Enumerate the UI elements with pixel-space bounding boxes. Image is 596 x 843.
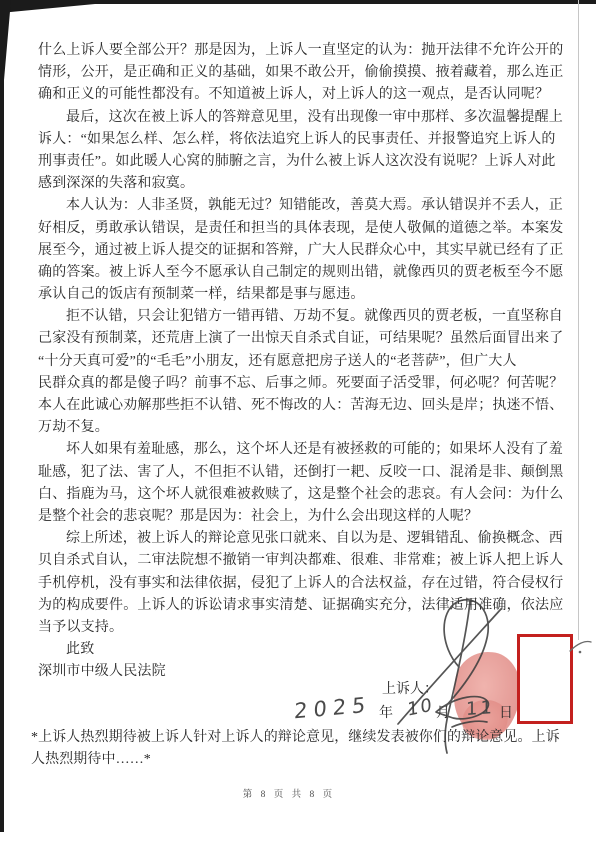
text-line: 民群众真的都是傻子吗？前事不忘、后事之师。死要面子活受罪，何必呢？何苦呢？ (38, 373, 566, 395)
scan-edge-left-wedge (4, 0, 11, 80)
text-line: 耻感，犯了法、害了人，不但拒不认错，还倒打一耙、反咬一口、混淆是非、颠倒黑 (38, 462, 566, 484)
text-line: 深圳市中级人民法院 (38, 661, 566, 683)
footnote-line: *上诉人热烈期待被上诉人针对上诉人的辩论意见，继续发表被你们的辩论意见。上诉 (31, 727, 576, 749)
document-body: 什么上诉人要全部公开？那是因为，上诉人一直坚定的认为：抛开法律不允许公开的情形，… (38, 40, 566, 683)
text-line: 本人在此诚心劝解那些拒不认错、死不悔改的人：苦海无边、回头是岸；执迷不悟、 (38, 395, 566, 417)
text-line: 刑事责任”。如此暖人心窝的肺腑之言，为什么被上诉人这次没有说呢？上诉人对此 (38, 151, 566, 173)
footnote-line: 人热烈期待中……* (31, 749, 576, 771)
scan-edge-left (0, 0, 4, 832)
handwritten-day: 11 (466, 697, 495, 720)
handwritten-month: 10 (407, 694, 434, 721)
text-line: 确的答案。被上诉人至今不愿承认自己制定的规则出错，就像西贝的贾老板至今不愿 (38, 262, 566, 284)
text-line: 手机停机，没有事实和法律依据，侵犯了上诉人的合法权益，存在过错，符合侵权行 (38, 573, 566, 595)
text-line: 感到深深的失落和寂寞。 (38, 173, 566, 195)
text-line: 什么上诉人要全部公开？那是因为，上诉人一直坚定的认为：抛开法律不允许公开的 (38, 40, 566, 62)
text-line: 是整个社会的悲哀呢？那是因为：社会上，为什么会出现这样的人呢？ (38, 506, 566, 528)
text-line: 为的构成要件。上诉人的诉讼请求事实清楚、证据确实充分，法律适用准确，依法应 (38, 595, 566, 617)
handwritten-year: 2025 (294, 693, 372, 724)
scanned-appeal-document-page: { "colors": { "ink": "#272727", "scan_ed… (0, 0, 596, 843)
text-line: “十分天真可爱”的“毛毛”小朋友，还有愿意把房子送人的“老菩萨”，但广大人 (38, 351, 566, 373)
text-line: 展至今，通过被上诉人提交的证据和答辩，广大人民群众心中，其实早就已经有了正 (38, 240, 566, 262)
text-line: 拒不认错，只会让犯错方一错再错、万劫不复。就像西贝的贾老板，一直坚称自 (38, 306, 566, 328)
text-line: 诉人：“如果怎么样、怎么样，将依法追究上诉人的民事责任、并报警追究上诉人的 (38, 129, 566, 151)
text-line: 此致 (38, 639, 566, 661)
text-line: 万劫不复。 (38, 417, 566, 439)
redaction-box (517, 634, 573, 724)
text-line: 确和正义的可能性都没有。不知道被上诉人，对上诉人的这一观点，是否认同呢？ (38, 84, 566, 106)
footnote: *上诉人热烈期待被上诉人针对上诉人的辩论意见，继续发表被你们的辩论意见。上诉 人… (31, 727, 576, 771)
text-line: 承认自己的饭店有预制菜一样，结果都是事与愿违。 (38, 284, 566, 306)
date-month-unit: 月 (436, 702, 450, 722)
text-line: 好相反，勇敢承认错误，是责任和担当的具体表现，是使人敬佩的道德之举。本案发 (38, 218, 566, 240)
text-line: 贝自杀式自认，二审法院想不撤销一审判决都难、很难、非常难；被上诉人把上诉人 (38, 550, 566, 572)
text-line: 综上所述，被上诉人的辩论意见张口就来、自以为是、逻辑错乱、偷换概念、西 (38, 528, 566, 550)
text-line: 情形，公开，是正确和正义的基础，如果不敢公开，偷偷摸摸、掖着藏着，那么连正 (38, 62, 566, 84)
scan-page-right-edge (578, 0, 579, 640)
scan-edge-top-wedge (0, 4, 95, 13)
date-year-unit: 年 (379, 702, 393, 722)
text-line: 当予以支持。 (38, 617, 566, 639)
text-line: 坏人如果有羞耻感，那么，这个坏人还是有被拯救的可能的；如果坏人没有了羞 (38, 439, 566, 461)
page-number-footer: 第 8 页 共 8 页 (0, 786, 578, 800)
text-line: 白、指鹿为马，这个坏人就很难被救赎了，这是整个社会的悲哀。有人会问：为什么 (38, 484, 566, 506)
text-line: 己家没有预制菜，还荒唐上演了一出惊天自杀式自证，可结果呢？虽然后面冒出来了 (38, 328, 566, 350)
text-line: 最后，这次在被上诉人的答辩意见里，没有出现像一审中那样、多次温馨提醒上 (38, 107, 566, 129)
text-line: 本人认为：人非圣贤，孰能无过？知错能改，善莫大焉。承认错误并不丢人，正 (38, 195, 566, 217)
date-day-unit: 日 (499, 702, 513, 722)
